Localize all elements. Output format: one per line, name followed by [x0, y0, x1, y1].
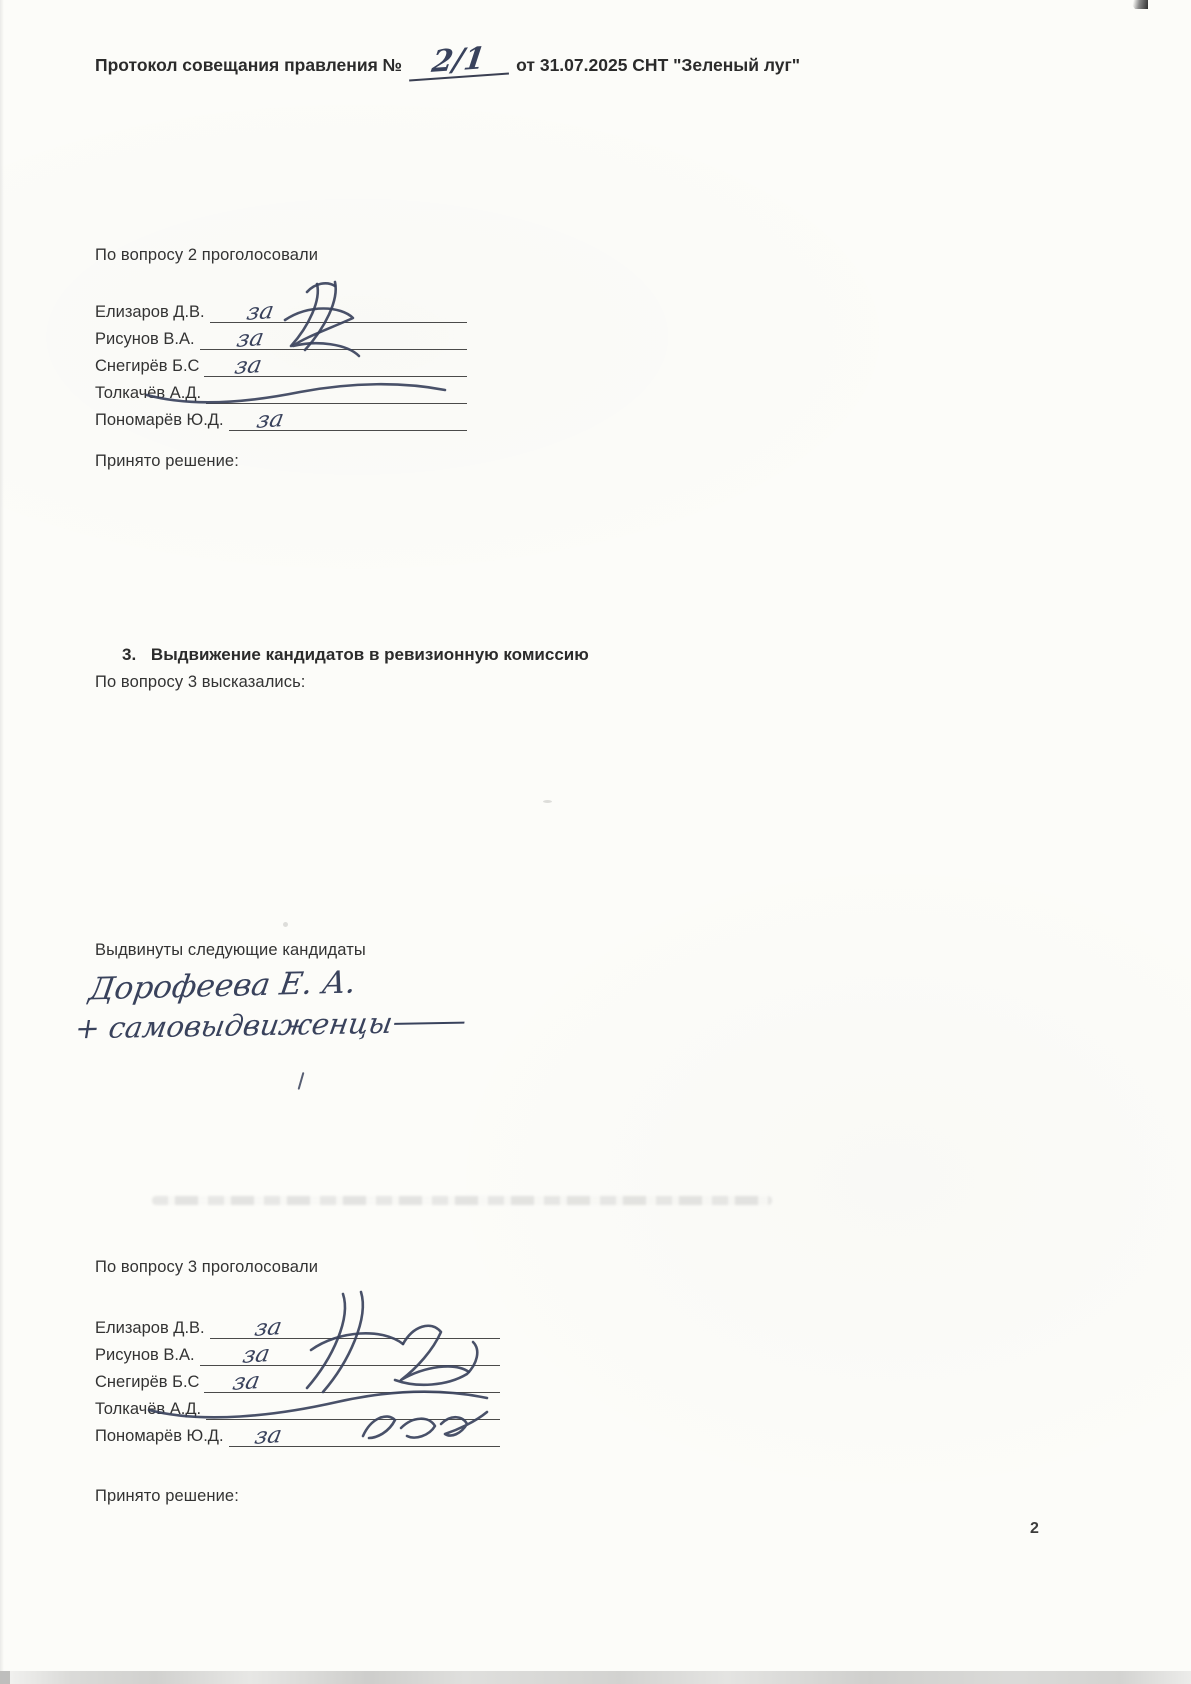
q2-decision-label: Принято решение: [95, 452, 239, 471]
ink-flourish [394, 1022, 465, 1025]
document-title: Протокол совещания правления № 2/1 от 31… [95, 46, 800, 76]
voter-row: Елизаров Д.В. за [95, 296, 467, 323]
ink-slash-mark [298, 1072, 305, 1090]
voter-row: Рисунов В.А. за [95, 1339, 500, 1366]
voter-row: Толкачёв А.Д. [95, 1393, 500, 1420]
scan-corner-mark [1128, 0, 1148, 9]
q3-spoke-heading: По вопросу 3 высказались: [95, 673, 305, 692]
q3-vote-heading: По вопросу 3 проголосовали [95, 1258, 318, 1277]
scan-bottom-edge-band [0, 1671, 1191, 1684]
voter-row: Рисунов В.А. за [95, 323, 467, 350]
voter-name: Пономарёв Ю.Д. [95, 1427, 224, 1447]
protocol-number-blank: 2/1 [407, 43, 509, 82]
scanned-protocol-page: Протокол совещания правления № 2/1 от 31… [0, 0, 1191, 1684]
candidate-handwritten-line1: Дорофеева Е. А. [87, 965, 359, 1008]
title-prefix: Протокол совещания правления № [95, 55, 402, 76]
voter-row: Снегирёв Б.С за [95, 350, 467, 377]
agenda-item-3: 3. Выдвижение кандидатов в ревизионную к… [122, 645, 589, 665]
voter-row: Пономарёв Ю.Д. за [95, 404, 467, 431]
vote-handwritten: за [255, 408, 286, 433]
q3-decision-label: Принято решение: [95, 1487, 239, 1506]
vote-handwritten: за [253, 1424, 284, 1449]
voter-name: Снегирёв Б.С [95, 1373, 199, 1393]
voter-name: Елизаров Д.В. [95, 1319, 205, 1339]
scan-speck [543, 800, 552, 803]
agenda-item-number: 3. [122, 645, 136, 664]
voter-row: Снегирёв Б.С за [95, 1366, 500, 1393]
voter-name: Елизаров Д.В. [95, 303, 205, 323]
voter-name: Толкачёв А.Д. [95, 1400, 201, 1420]
signature-line [206, 1392, 500, 1420]
page-number: 2 [1030, 1520, 1039, 1538]
voter-name: Пономарёв Ю.Д. [95, 411, 224, 431]
candidate-handwritten-line2: + самовыдвиженцы [73, 1005, 468, 1046]
voter-name: Рисунов В.А. [95, 330, 195, 350]
voter-name: Толкачёв А.Д. [95, 384, 201, 404]
agenda-item-title: Выдвижение кандидатов в ревизионную коми… [151, 645, 589, 664]
candidates-heading: Выдвинуты следующие кандидаты [95, 941, 366, 960]
voter-row: Пономарёв Ю.Д. за [95, 1420, 500, 1447]
title-suffix: от 31.07.2025 СНТ "Зеленый луг" [516, 55, 800, 76]
signature-line [206, 376, 467, 404]
voter-row: Толкачёв А.Д. [95, 377, 467, 404]
voter-name: Рисунов В.А. [95, 1346, 195, 1366]
q3-voter-list: Елизаров Д.В. за Рисунов В.А. за Снегирё… [95, 1312, 500, 1447]
q2-voter-list: Елизаров Д.В. за Рисунов В.А. за Снегирё… [95, 296, 467, 431]
scan-left-edge-shadow [0, 0, 4, 1684]
voter-name: Снегирёв Б.С [95, 357, 199, 377]
scan-bottom-left-corner [0, 1671, 10, 1684]
q2-vote-heading: По вопросу 2 проголосовали [95, 246, 318, 265]
candidate-line2-text: + самовыдвиженцы [73, 1006, 395, 1046]
scan-speck [283, 922, 288, 927]
bleed-through-text-band [152, 1196, 772, 1205]
protocol-number-handwritten: 2/1 [430, 44, 487, 78]
signature-scribble [307, 283, 335, 292]
voter-row: Елизаров Д.В. за [95, 1312, 500, 1339]
